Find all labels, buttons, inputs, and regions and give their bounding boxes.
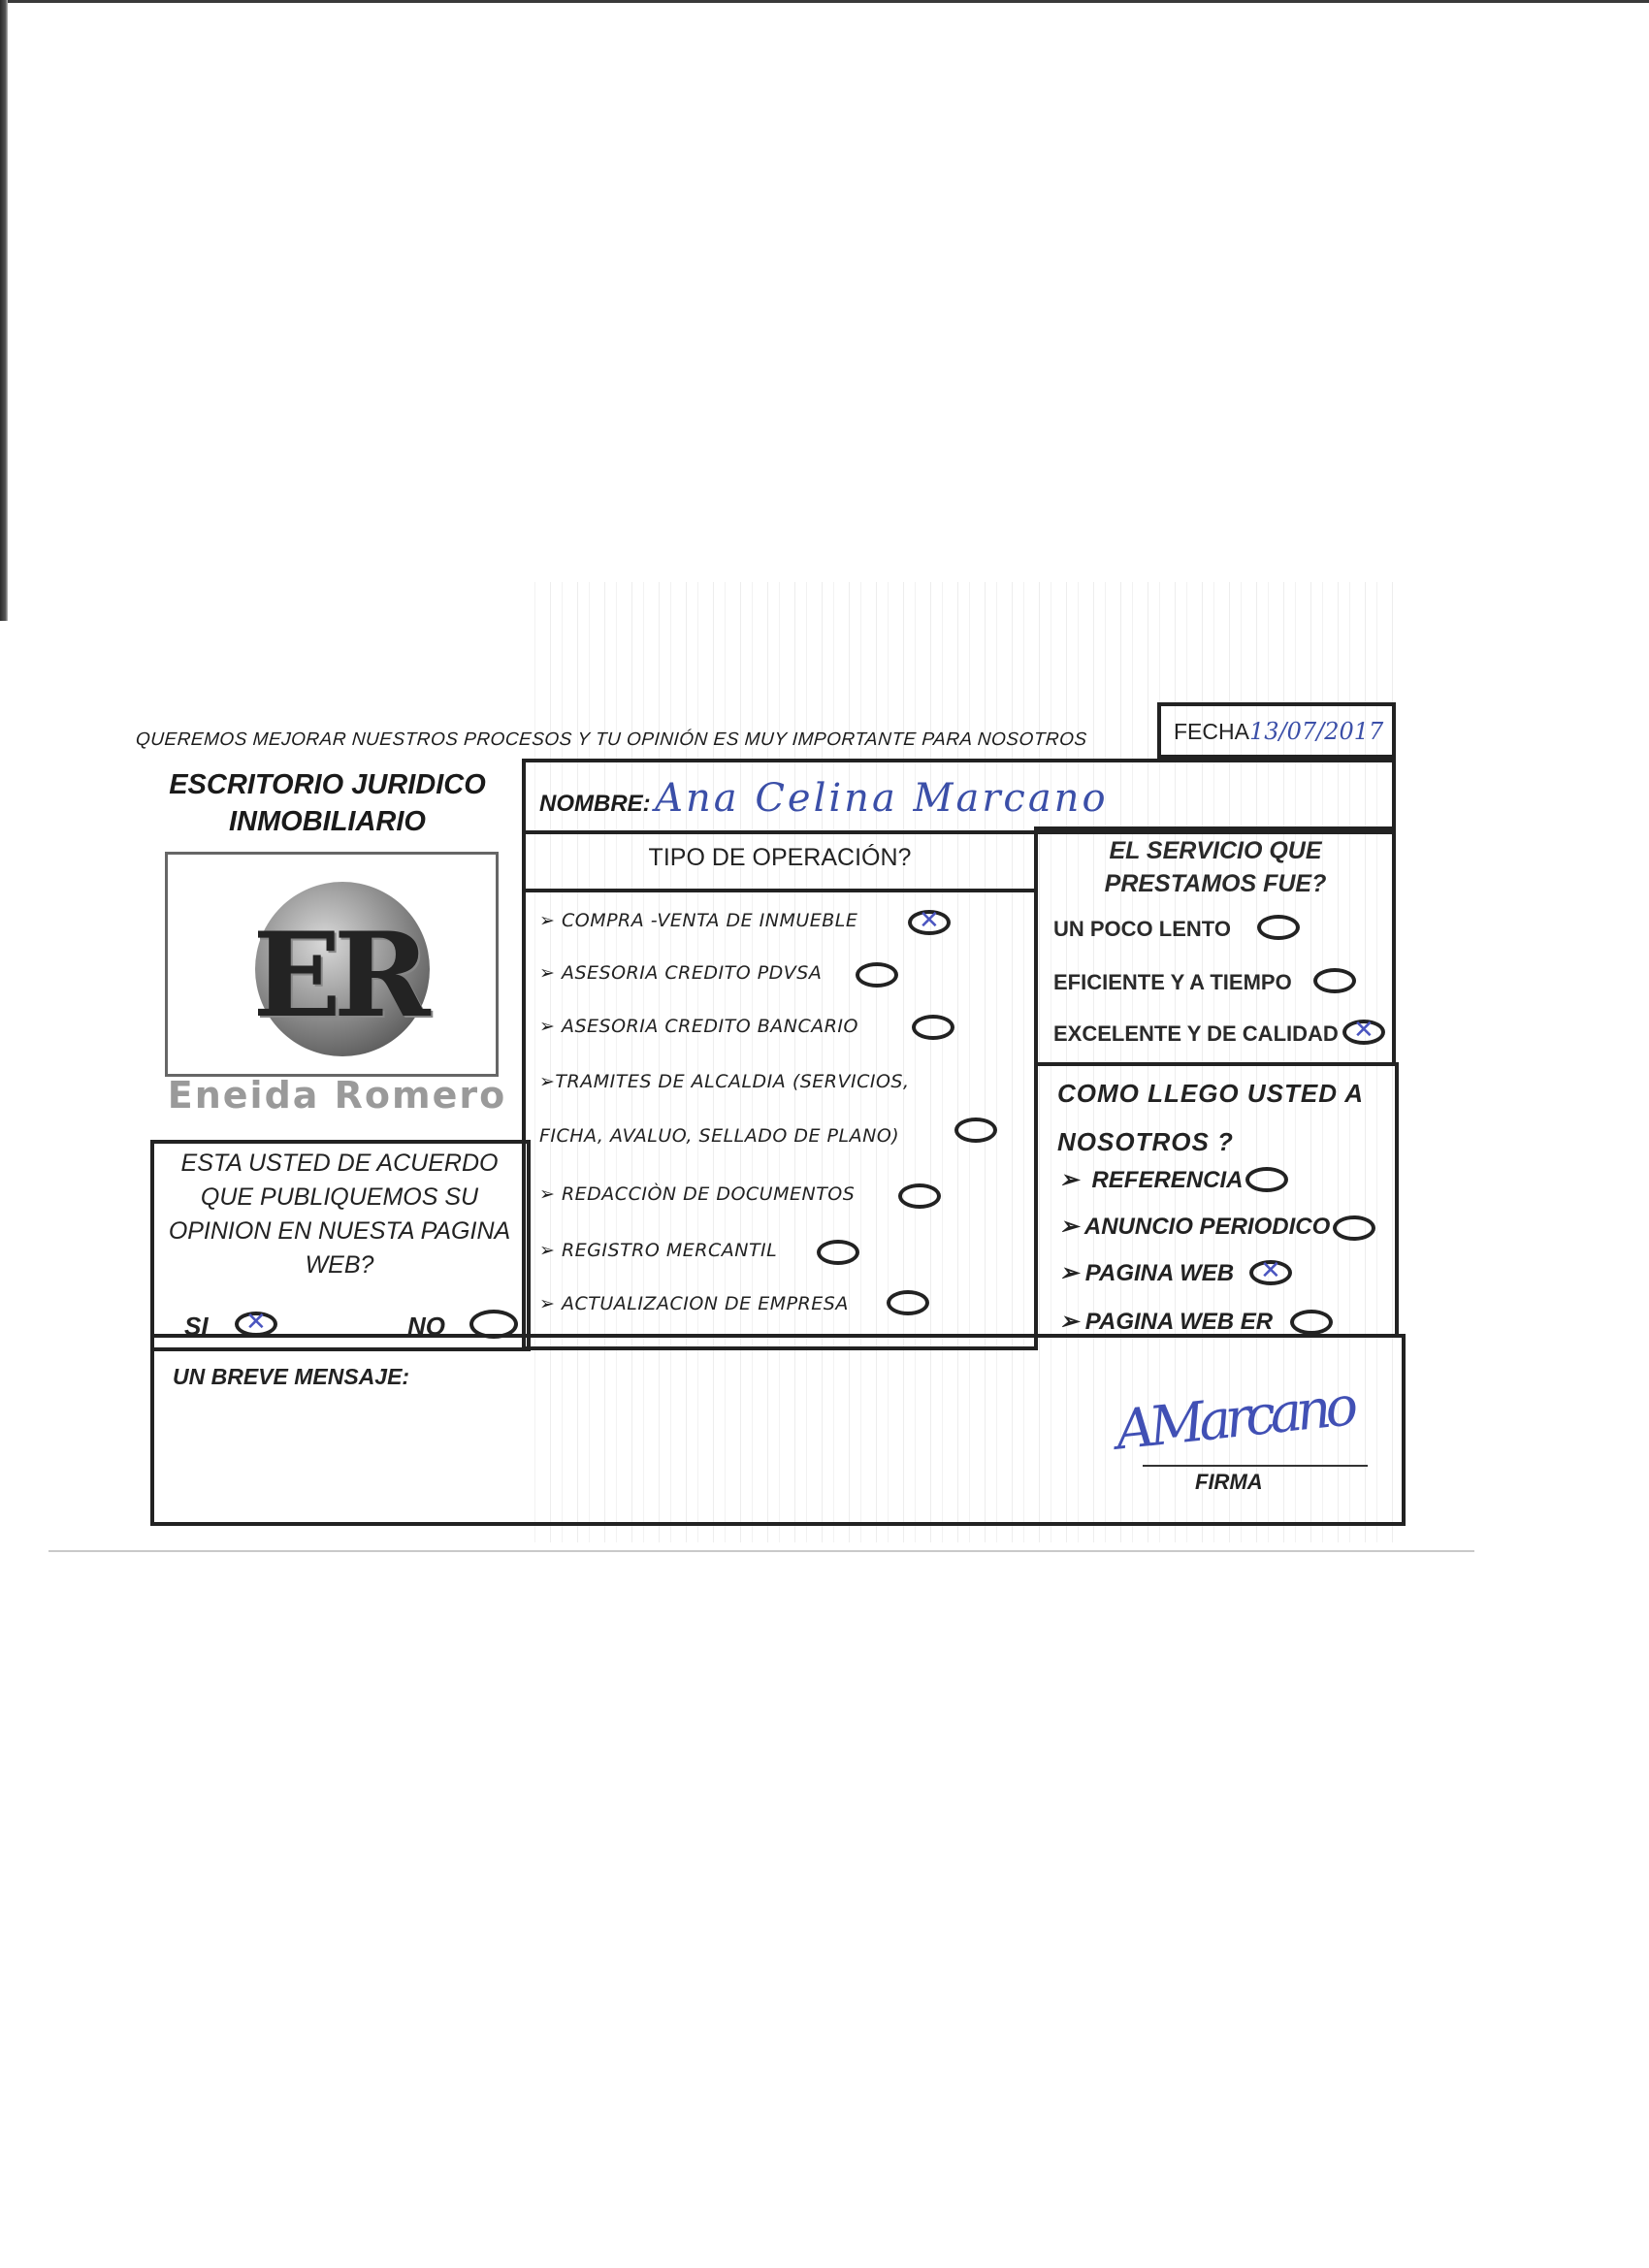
referral-option[interactable]: ➢ ANUNCIO PERIODICO bbox=[1059, 1213, 1330, 1241]
operation-option[interactable]: ➢ ACTUALIZACION DE EMPRESA bbox=[539, 1293, 849, 1314]
checkbox-redaccion-documentos[interactable] bbox=[898, 1183, 941, 1209]
checkbox-registro-mercantil[interactable] bbox=[817, 1240, 859, 1265]
referral-option[interactable]: ➢ PAGINA WEB ER bbox=[1059, 1308, 1273, 1336]
checkbox-anuncio-periodico[interactable] bbox=[1333, 1215, 1375, 1241]
checkbox-un-poco-lento[interactable] bbox=[1257, 915, 1300, 940]
checkbox-eficiente[interactable] bbox=[1313, 968, 1356, 993]
option-label: ASESORIA CREDITO PDVSA bbox=[562, 962, 822, 984]
scan-edge-bottom bbox=[48, 1550, 1474, 1552]
checkbox-credito-bancario[interactable] bbox=[912, 1015, 954, 1040]
referral-option[interactable]: ➢ REFERENCIA bbox=[1059, 1166, 1243, 1194]
checkbox-actualizacion-empresa[interactable] bbox=[887, 1290, 929, 1315]
name-label: NOMBRE: bbox=[539, 791, 651, 817]
checkbox-excelente[interactable] bbox=[1342, 1020, 1385, 1045]
referral-heading-line2: NOSOTROS ? bbox=[1057, 1118, 1387, 1166]
option-label: ASESORIA CREDITO BANCARIO bbox=[562, 1016, 858, 1037]
option-label: TRAMITES DE ALCALDIA (SERVICIOS, bbox=[555, 1071, 909, 1092]
option-label: ACTUALIZACION DE EMPRESA bbox=[562, 1293, 849, 1314]
service-option[interactable]: EXCELENTE Y DE CALIDAD bbox=[1053, 1021, 1339, 1047]
checkbox-compra-venta[interactable] bbox=[908, 910, 951, 935]
service-rating-heading: EL SERVICIO QUE PRESTAMOS FUE? bbox=[1040, 834, 1391, 900]
option-label: FICHA, AVALUO, SELLADO DE PLANO) bbox=[539, 1125, 899, 1147]
publish-consent-question: ESTA USTED DE ACUERDO QUE PUBLIQUEMOS SU… bbox=[155, 1147, 524, 1282]
signature-label: FIRMA bbox=[1195, 1470, 1263, 1495]
name-value: Ana Celina Marcano bbox=[655, 776, 1108, 821]
operation-option[interactable]: ➢ REGISTRO MERCANTIL bbox=[539, 1240, 777, 1261]
option-label: REFERENCIA bbox=[1091, 1167, 1243, 1193]
brand-name: Eneida Romero bbox=[145, 1074, 529, 1117]
company-title-line2: INMOBILIARIO bbox=[136, 803, 519, 840]
referral-heading: COMO LLEGO USTED A NOSOTROS ? bbox=[1057, 1069, 1387, 1166]
checkbox-tramites-alcaldia[interactable] bbox=[954, 1118, 997, 1143]
message-field[interactable] bbox=[173, 1397, 1046, 1504]
checkbox-credito-pdvsa[interactable] bbox=[856, 962, 898, 988]
operation-list-box bbox=[522, 889, 1038, 1350]
service-heading-line1: EL SERVICIO QUE bbox=[1040, 834, 1391, 867]
signature-line bbox=[1143, 1465, 1368, 1467]
form-tagline: QUEREMOS MEJORAR NUESTROS PROCESOS Y TU … bbox=[135, 729, 1155, 751]
date-value: 13/07/2017 bbox=[1249, 718, 1383, 745]
message-label: UN BREVE MENSAJE: bbox=[173, 1364, 409, 1390]
scan-edge-left bbox=[0, 0, 8, 621]
checkbox-referencia[interactable] bbox=[1245, 1167, 1288, 1192]
scan-edge-top bbox=[0, 0, 1649, 3]
option-label: REDACCIÒN DE DOCUMENTOS bbox=[562, 1183, 855, 1205]
date-field[interactable]: FECHA13/07/2017 bbox=[1174, 718, 1383, 745]
operation-option[interactable]: ➢ ASESORIA CREDITO PDVSA bbox=[539, 962, 822, 984]
company-title: ESCRITORIO JURIDICO INMOBILIARIO bbox=[136, 766, 519, 840]
company-logo: ER bbox=[165, 852, 499, 1077]
checkbox-pagina-web-er[interactable] bbox=[1290, 1310, 1333, 1335]
option-label: ANUNCIO PERIODICO bbox=[1084, 1214, 1330, 1240]
service-heading-line2: PRESTAMOS FUE? bbox=[1040, 867, 1391, 900]
checkbox-pagina-web[interactable] bbox=[1249, 1260, 1292, 1285]
operation-option[interactable]: ➢ COMPRA -VENTA DE INMUEBLE bbox=[539, 910, 857, 931]
service-option[interactable]: EFICIENTE Y A TIEMPO bbox=[1053, 970, 1292, 995]
company-title-line1: ESCRITORIO JURIDICO bbox=[136, 766, 519, 803]
operation-option[interactable]: ➢TRAMITES DE ALCALDIA (SERVICIOS, bbox=[539, 1071, 910, 1092]
date-label: FECHA bbox=[1174, 719, 1249, 744]
referral-heading-line1: COMO LLEGO USTED A bbox=[1057, 1069, 1387, 1118]
option-label: COMPRA -VENTA DE INMUEBLE bbox=[562, 910, 857, 931]
logo-monogram: ER bbox=[216, 913, 459, 1039]
operation-option[interactable]: ➢ ASESORIA CREDITO BANCARIO bbox=[539, 1016, 858, 1037]
option-label: PAGINA WEB bbox=[1085, 1260, 1234, 1286]
operation-option-continued: FICHA, AVALUO, SELLADO DE PLANO) bbox=[539, 1125, 899, 1147]
operation-heading: TIPO DE OPERACIÓN? bbox=[524, 844, 1036, 872]
option-label: PAGINA WEB ER bbox=[1085, 1309, 1273, 1335]
name-field[interactable]: NOMBRE: Ana Celina Marcano bbox=[539, 776, 1109, 821]
operation-option[interactable]: ➢ REDACCIÒN DE DOCUMENTOS bbox=[539, 1183, 855, 1205]
service-option[interactable]: UN POCO LENTO bbox=[1053, 917, 1231, 942]
referral-option[interactable]: ➢ PAGINA WEB bbox=[1059, 1259, 1234, 1287]
option-label: REGISTRO MERCANTIL bbox=[562, 1240, 777, 1261]
